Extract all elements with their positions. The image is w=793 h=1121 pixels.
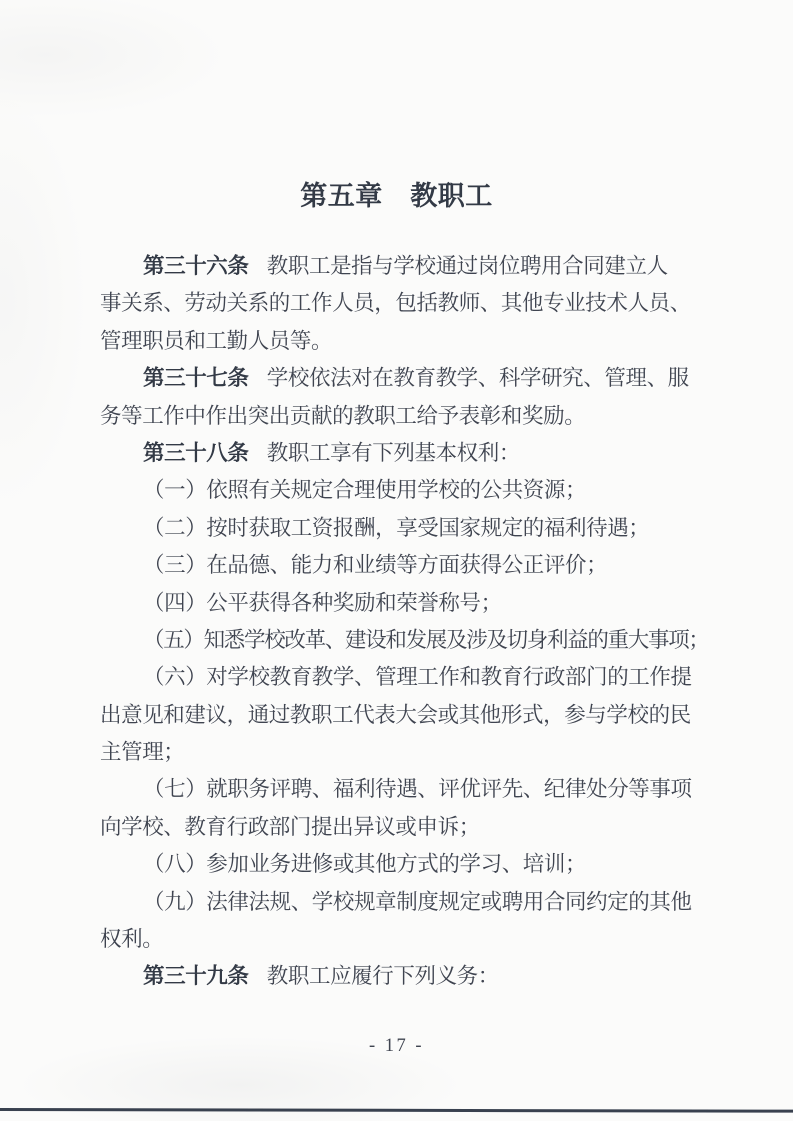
line-text: （七）就职务评聘、福利待遇、评优评先、纪律处分等事项 — [143, 777, 692, 801]
text-line: 主管理； — [100, 734, 700, 771]
line-text: 务等工作中作出突出贡献的教职工给予表彰和奖励。 — [100, 404, 585, 428]
line-text: 教职工是指与学校通过岗位聘用合同建立人 — [267, 254, 668, 278]
line-text: （二）按时获取工资报酬，享受国家规定的福利待遇； — [143, 516, 649, 540]
text-line: 管理职员和工勤人员等。 — [100, 323, 700, 360]
line-text: （九）法律法规、学校规章制度规定或聘用合同约定的其他 — [143, 890, 692, 914]
line-text: 教职工享有下列基本权利： — [267, 441, 520, 465]
scanned-document-page: 第五章 教职工 第三十六条教职工是指与学校通过岗位聘用合同建立人 事关系、劳动关… — [0, 0, 793, 1121]
text-line: 第三十七条学校依法对在教育教学、科学研究、管理、服 — [100, 360, 700, 397]
line-text: 学校依法对在教育教学、科学研究、管理、服 — [267, 366, 689, 390]
line-text: 教职工应履行下列义务： — [267, 964, 499, 988]
line-text: （一）依照有关规定合理使用学校的公共资源； — [143, 478, 586, 502]
text-line: 第三十九条教职工应履行下列义务： — [100, 958, 700, 995]
article-number: 第三十九条 — [143, 964, 249, 988]
text-line: 向学校、教育行政部门提出异议或申诉； — [100, 809, 700, 846]
text-line: （九）法律法规、学校规章制度规定或聘用合同约定的其他 — [100, 884, 700, 921]
line-text: （八）参加业务进修或其他方式的学习、培训； — [143, 852, 586, 876]
line-text: 向学校、教育行政部门提出异议或申诉； — [100, 815, 480, 839]
line-text: （三）在品德、能力和业绩等方面获得公正评价； — [143, 553, 607, 577]
line-text: 出意见和建议，通过教职工代表大会或其他形式，参与学校的民 — [100, 703, 691, 727]
text-line: （四）公平获得各种奖励和荣誉称号； — [100, 585, 700, 622]
text-line: 务等工作中作出突出贡献的教职工给予表彰和奖励。 — [100, 398, 700, 435]
line-text: （五）知悉学校改革、建设和发展及涉及切身利益的重大事项； — [143, 628, 709, 652]
line-text: （六）对学校教育教学、管理工作和教育行政部门的工作提 — [143, 665, 692, 689]
article-number: 第三十八条 — [143, 441, 249, 465]
text-line: （三）在品德、能力和业绩等方面获得公正评价； — [100, 547, 700, 584]
article-number: 第三十六条 — [143, 254, 249, 278]
scan-edge-shadow — [0, 1108, 793, 1112]
text-line: （一）依照有关规定合理使用学校的公共资源； — [100, 472, 700, 509]
line-text: （四）公平获得各种奖励和荣誉称号； — [143, 591, 502, 615]
document-body: 第三十六条教职工是指与学校通过岗位聘用合同建立人 事关系、劳动关系的工作人员，包… — [100, 248, 700, 996]
text-line: 出意见和建议，通过教职工代表大会或其他形式，参与学校的民 — [100, 697, 700, 734]
text-line: 第三十六条教职工是指与学校通过岗位聘用合同建立人 — [100, 248, 700, 285]
text-line: （五）知悉学校改革、建设和发展及涉及切身利益的重大事项； — [100, 622, 700, 659]
line-text: 权利。 — [100, 927, 163, 951]
page-number: - 17 - — [0, 1036, 793, 1057]
text-line: 事关系、劳动关系的工作人员，包括教师、其他专业技术人员、 — [100, 285, 700, 322]
text-line: （八）参加业务进修或其他方式的学习、培训； — [100, 846, 700, 883]
line-text: 管理职员和工勤人员等。 — [100, 329, 332, 353]
text-line: 第三十八条教职工享有下列基本权利： — [100, 435, 700, 472]
chapter-title: 第五章 教职工 — [0, 174, 793, 213]
article-number: 第三十七条 — [143, 366, 249, 390]
line-text: 主管理； — [100, 740, 184, 764]
text-line: （七）就职务评聘、福利待遇、评优评先、纪律处分等事项 — [100, 771, 700, 808]
line-text: 事关系、劳动关系的工作人员，包括教师、其他专业技术人员、 — [100, 291, 691, 315]
text-line: （二）按时获取工资报酬，享受国家规定的福利待遇； — [100, 510, 700, 547]
text-line: （六）对学校教育教学、管理工作和教育行政部门的工作提 — [100, 659, 700, 696]
text-line: 权利。 — [100, 921, 700, 958]
